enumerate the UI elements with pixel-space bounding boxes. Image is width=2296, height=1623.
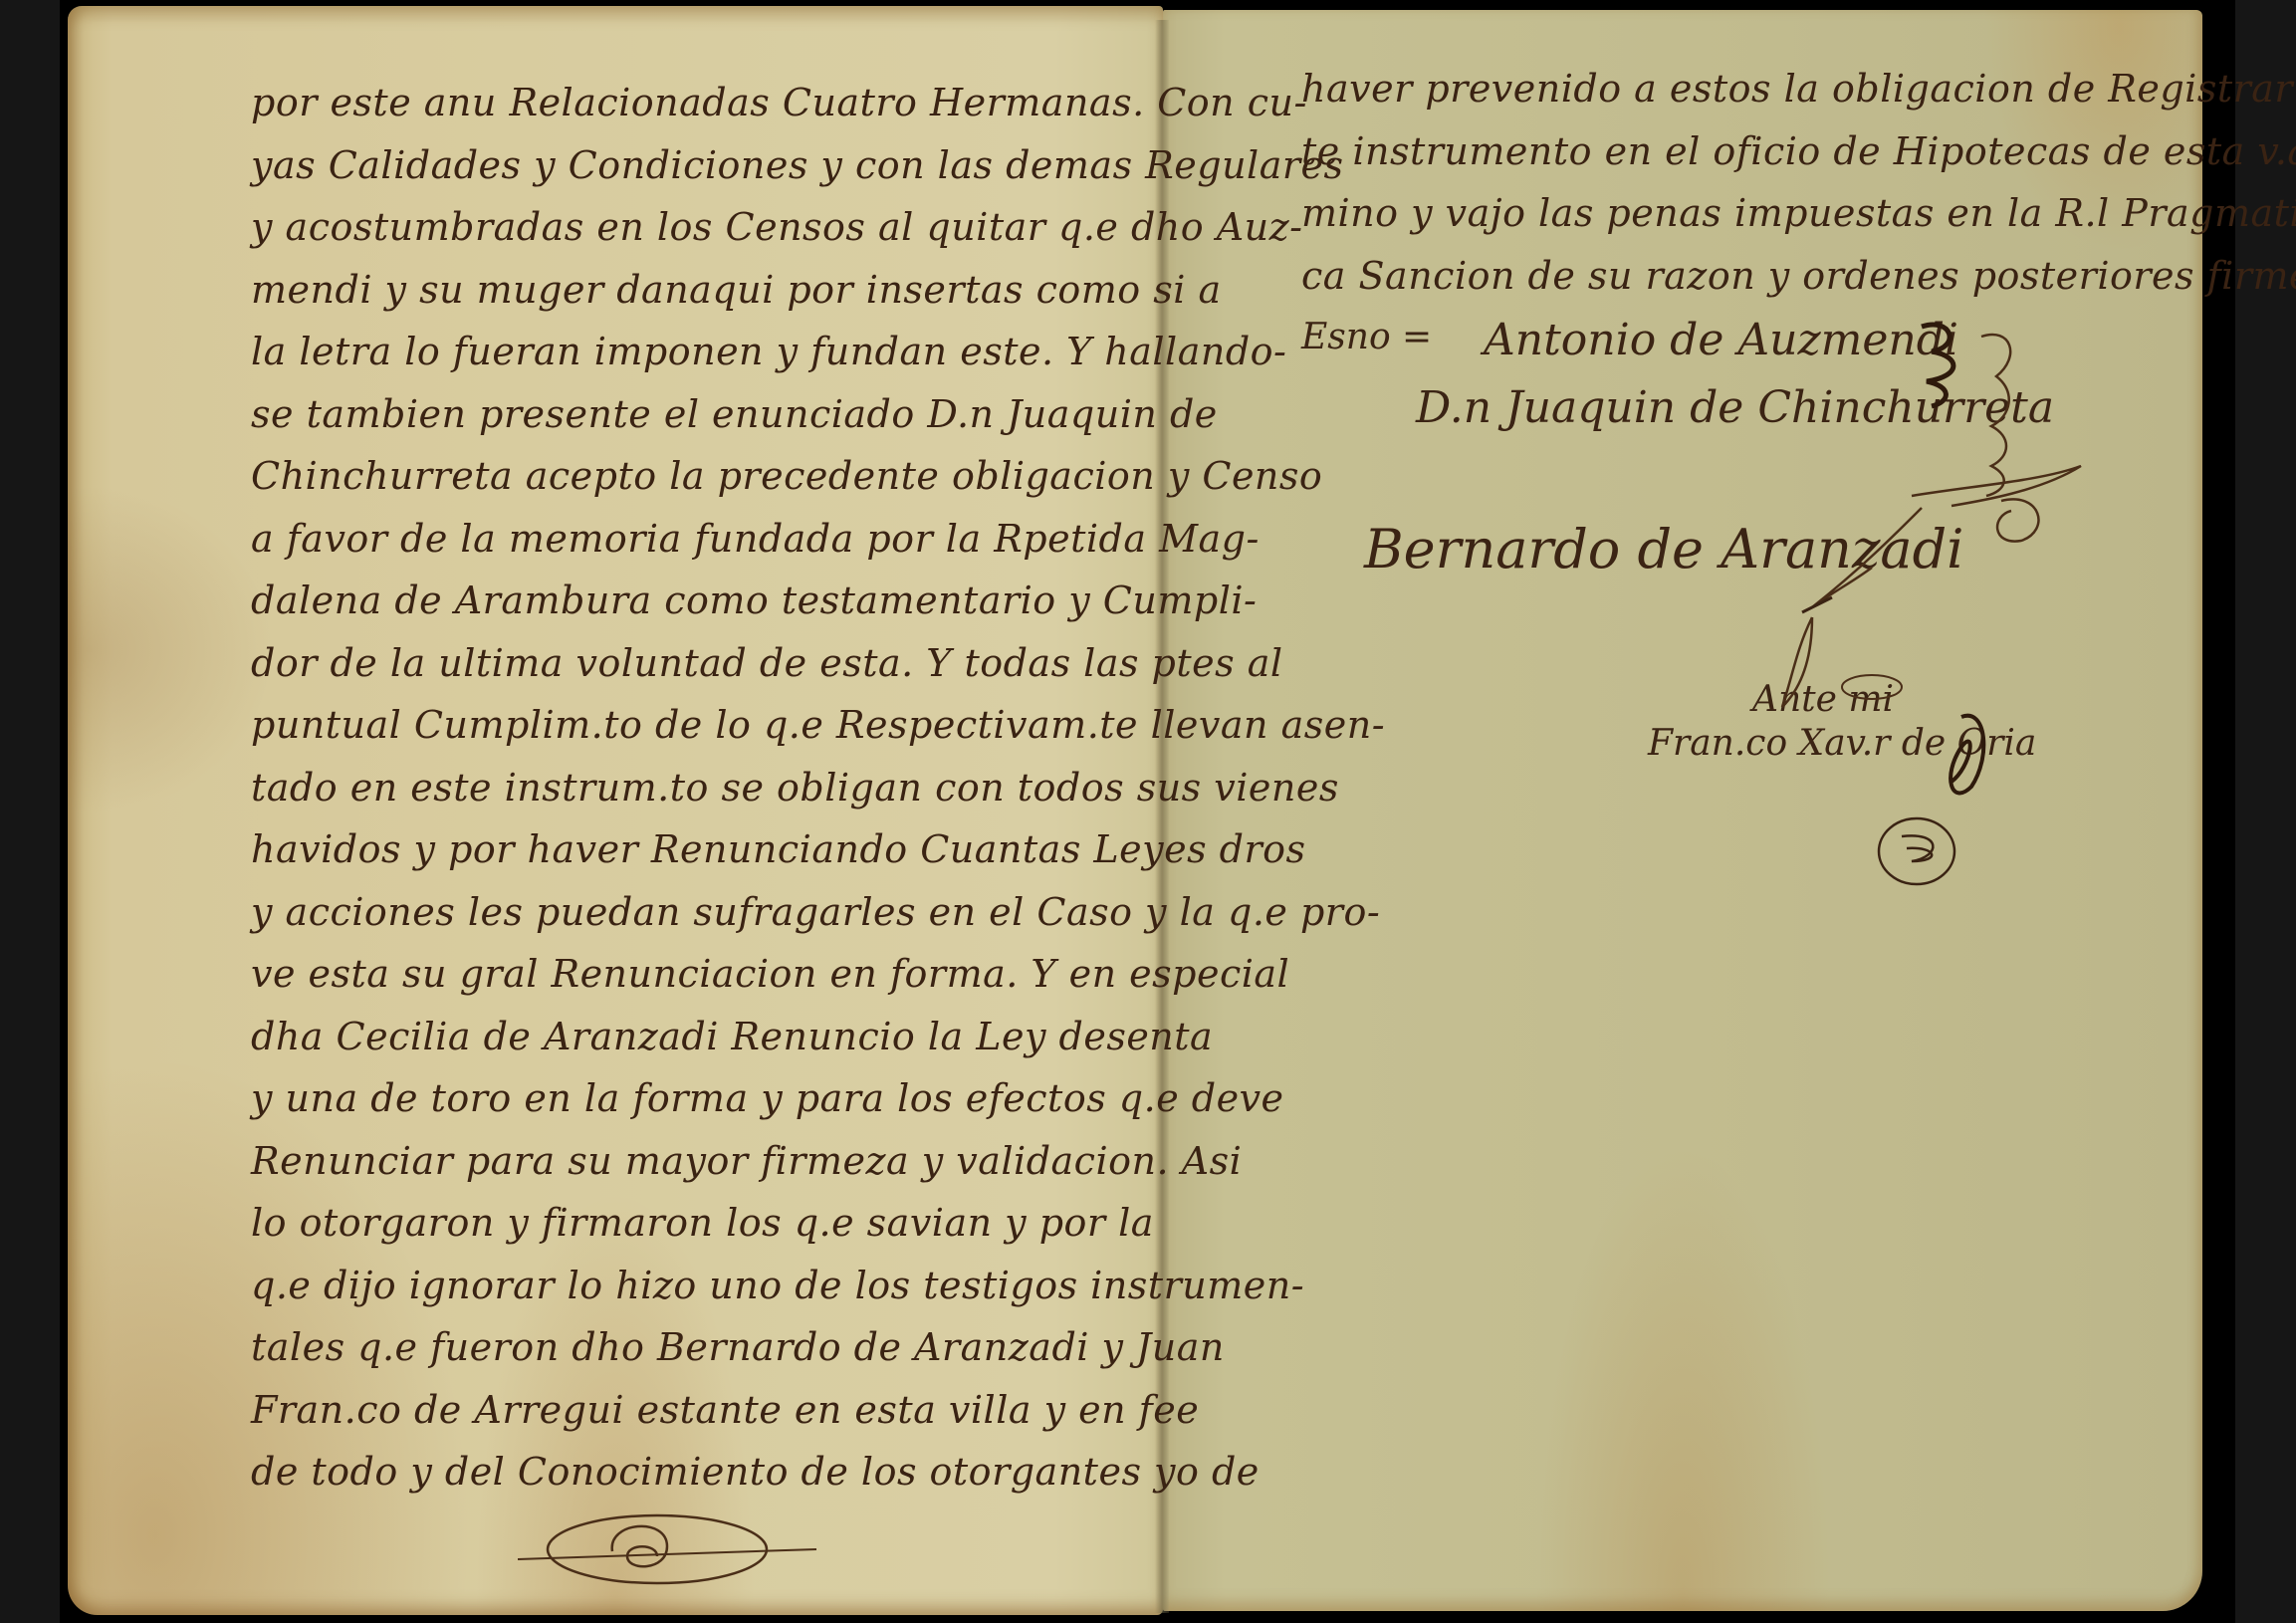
text-line: de todo y del Conocimiento de los otorga…: [251, 1441, 1385, 1504]
text-line: Chinchurreta acepto la precedente obliga…: [251, 445, 1385, 508]
text-line: ve esta su gral Renunciacion en forma. Y…: [251, 943, 1385, 1006]
text-line: ca Sancion de su razon y ordenes posteri…: [1301, 245, 2296, 308]
text-line: a favor de la memoria fundada por la Rpe…: [251, 508, 1385, 571]
text-line: por este anu Relacionadas Cuatro Hermana…: [251, 72, 1385, 134]
text-line: Renunciar para su mayor firmeza y valida…: [251, 1130, 1385, 1193]
text-line: se tambien presente el enunciado D.n Jua…: [251, 383, 1385, 446]
text-line: mendi y su muger danaqui por insertas co…: [251, 259, 1385, 322]
right-page-text: haver prevenido a estos la obligacion de…: [1301, 58, 2296, 307]
signature-antonio-auzmendi: Antonio de Auzmendi: [1484, 315, 1958, 365]
text-line: Fran.co de Arregui estante en esta villa…: [251, 1379, 1385, 1442]
text-line: haver prevenido a estos la obligacion de…: [1301, 58, 2296, 120]
notary-sign-icon: [1772, 607, 2031, 886]
text-line: mino y vajo las penas impuestas en la R.…: [1301, 182, 2296, 245]
escribano-closing: Esno =: [1301, 317, 1432, 357]
text-line: dha Cecilia de Aranzadi Renuncio la Ley …: [251, 1006, 1385, 1068]
text-line: y una de toro en la forma y para los efe…: [251, 1067, 1385, 1130]
text-line: dor de la ultima voluntad de esta. Y tod…: [251, 632, 1385, 695]
text-line: yas Calidades y Condiciones y con las de…: [251, 134, 1385, 197]
text-line: lo otorgaron y firmaron los q.e savian y…: [251, 1192, 1385, 1255]
text-line: la letra lo fueran imponen y fundan este…: [251, 321, 1385, 383]
text-line: y acciones les puedan sufragarles en el …: [251, 881, 1385, 944]
closing-flourish-icon: [518, 1502, 836, 1591]
text-line: tales q.e fueron dho Bernardo de Aranzad…: [251, 1316, 1385, 1379]
text-line: te instrumento en el oficio de Hipotecas…: [1301, 120, 2296, 183]
text-line: havidos y por haver Renunciando Cuantas …: [251, 818, 1385, 881]
left-dark-border: [0, 0, 60, 1623]
text-line: q.e dijo ignorar lo hizo uno de los test…: [251, 1255, 1385, 1317]
text-line: y acostumbradas en los Censos al quitar …: [251, 196, 1385, 259]
left-page-text: por este anu Relacionadas Cuatro Hermana…: [251, 72, 1385, 1504]
text-line: puntual Cumplim.to de lo q.e Respectivam…: [251, 694, 1385, 757]
text-line: tado en este instrum.to se obligan con t…: [251, 757, 1385, 819]
text-line: dalena de Arambura como testamentario y …: [251, 570, 1385, 632]
